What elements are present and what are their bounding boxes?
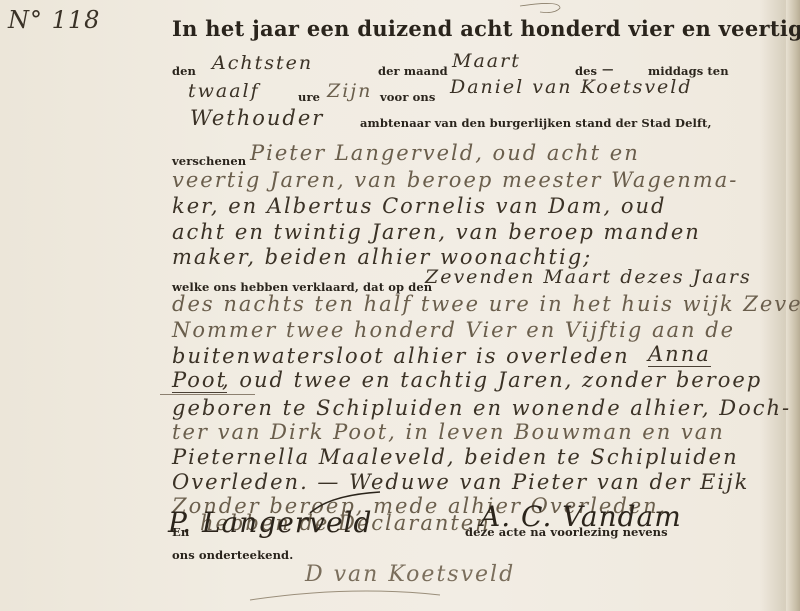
civil-record-page: N° 118 In het jaar een duizend acht hond… [0,0,800,611]
flourish-strokes [0,0,800,611]
